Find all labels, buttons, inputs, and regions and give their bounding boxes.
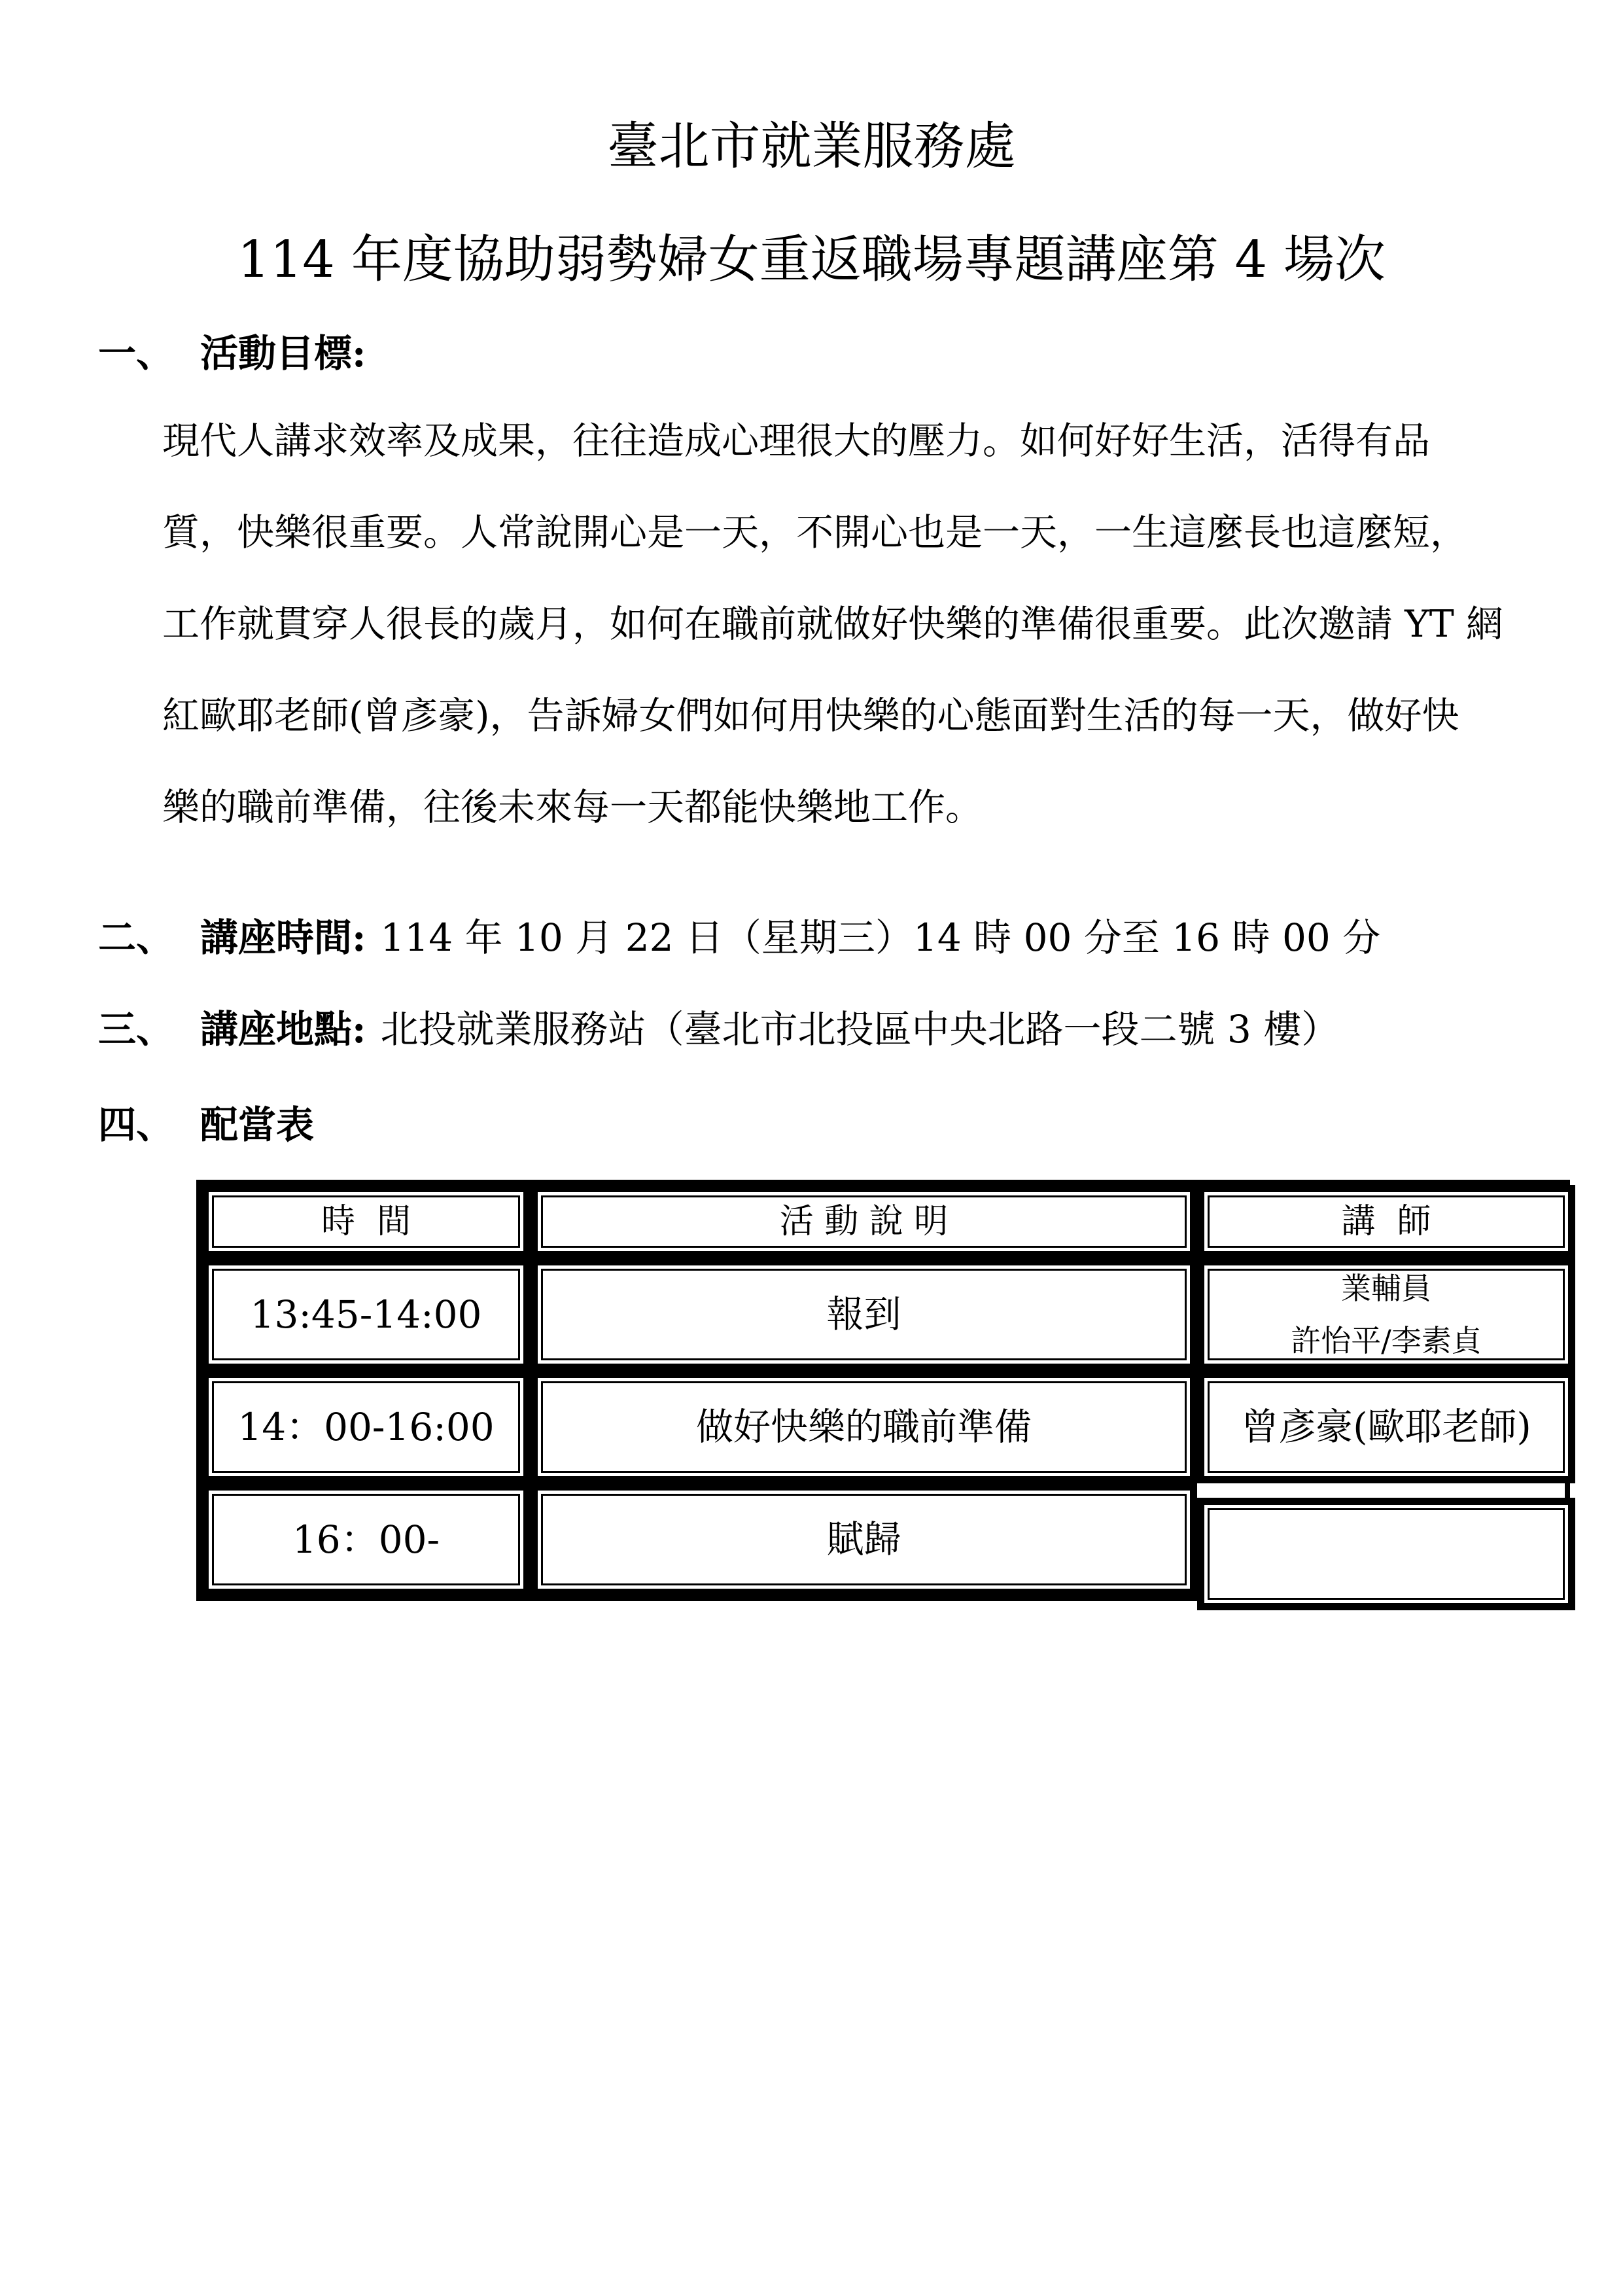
cell-activity-row3: 賦歸 xyxy=(531,1483,1197,1596)
section-schedule-heading: 四、配當表 xyxy=(98,1106,1623,1144)
cell-time-row2: 14：00-16:00 xyxy=(201,1371,531,1483)
header-activity-label: 活 動 說 明 xyxy=(780,1205,949,1239)
section-time: 二、講座時間:114 年 10 月 22 日（星期三）14 時 00 分至 16… xyxy=(98,919,1623,957)
section-place-number: 三、 xyxy=(98,1007,174,1051)
cell-time-row1: 13:45-14:00 xyxy=(201,1258,531,1371)
paragraph-line: 紅歐耶老師(曾彥豪)，告訴婦女們如何用快樂的心態面對生活的每一天，做好快 xyxy=(162,670,1525,762)
section-place-label: 講座地點: xyxy=(200,1007,366,1051)
header-time-label: 時 間 xyxy=(321,1205,411,1239)
lecturer-role: 業輔員 xyxy=(1341,1273,1431,1303)
page-title: 臺北市就業服務處 xyxy=(0,0,1623,172)
activity-value: 賦歸 xyxy=(827,1521,901,1559)
schedule-table-wrapper: 時 間 活 動 說 明 講 師 13:45-14:00 報到 業輔員 許怡平/李… xyxy=(196,1180,1570,1601)
time-value: 13:45-14:00 xyxy=(251,1296,482,1333)
time-value: 14：00-16:00 xyxy=(237,1408,494,1446)
section-schedule-number: 四、 xyxy=(98,1103,174,1147)
time-value: 16：00- xyxy=(292,1521,440,1559)
paragraph-line: 工作就貫穿人很長的歲月，如何在職前就做好快樂的準備很重要。此次邀請 YT 網 xyxy=(162,578,1525,670)
cell-time-row3: 16：00- xyxy=(201,1483,531,1596)
paragraph-line: 質，快樂很重要。人常說開心是一天，不開心也是一天，一生這麼長也這麼短， xyxy=(162,487,1525,578)
section-goal-number: 一、 xyxy=(98,331,174,376)
section-time-value: 114 年 10 月 22 日（星期三）14 時 00 分至 16 時 00 分 xyxy=(380,915,1380,960)
cell-activity-row1: 報到 xyxy=(531,1258,1197,1371)
cell-lecturer-row2: 曾彥豪(歐耶老師) xyxy=(1197,1371,1575,1483)
header-cell-time: 時 間 xyxy=(201,1185,531,1258)
paragraph-line: 現代人講求效率及成果，往往造成心理很大的壓力。如何好好生活，活得有品 xyxy=(162,395,1525,487)
schedule-table: 時 間 活 動 說 明 講 師 13:45-14:00 報到 業輔員 許怡平/李… xyxy=(196,1180,1570,1601)
header-cell-lecturer: 講 師 xyxy=(1197,1185,1575,1258)
section-goal-label: 活動目標: xyxy=(200,331,366,376)
paragraph-line: 樂的職前準備，往後未來每一天都能快樂地工作。 xyxy=(162,762,1525,853)
cell-lecturer-row1: 業輔員 許怡平/李素貞 xyxy=(1197,1258,1575,1371)
section-schedule-label: 配當表 xyxy=(200,1103,314,1147)
goal-paragraph: 現代人講求效率及成果，往往造成心理很大的壓力。如何好好生活，活得有品 質，快樂很… xyxy=(162,395,1525,853)
lecturer-names: 許怡平/李素貞 xyxy=(1291,1326,1482,1356)
document-page: 臺北市就業服務處 114 年度協助弱勢婦女重返職場專題講座第 4 場次 一、活動… xyxy=(0,0,1623,2296)
section-place: 三、講座地點:北投就業服務站（臺北市北投區中央北路一段二號 3 樓） xyxy=(98,1010,1623,1048)
cell-activity-row2: 做好快樂的職前準備 xyxy=(531,1371,1197,1483)
section-place-value: 北投就業服務站（臺北市北投區中央北路一段二號 3 樓） xyxy=(380,1007,1339,1051)
header-cell-activity: 活 動 說 明 xyxy=(531,1185,1197,1258)
cell-lecturer-row3-empty xyxy=(1197,1498,1575,1610)
section-time-number: 二、 xyxy=(98,915,174,960)
section-time-label: 講座時間: xyxy=(200,915,366,960)
activity-value: 做好快樂的職前準備 xyxy=(696,1409,1032,1446)
header-lecturer-label: 講 師 xyxy=(1341,1205,1431,1239)
activity-value: 報到 xyxy=(827,1296,901,1333)
section-goal-heading: 一、活動目標: xyxy=(98,334,1623,372)
lecturer-name: 曾彥豪(歐耶老師) xyxy=(1241,1409,1531,1446)
page-subtitle: 114 年度協助弱勢婦女重返職場專題講座第 4 場次 xyxy=(0,234,1623,285)
